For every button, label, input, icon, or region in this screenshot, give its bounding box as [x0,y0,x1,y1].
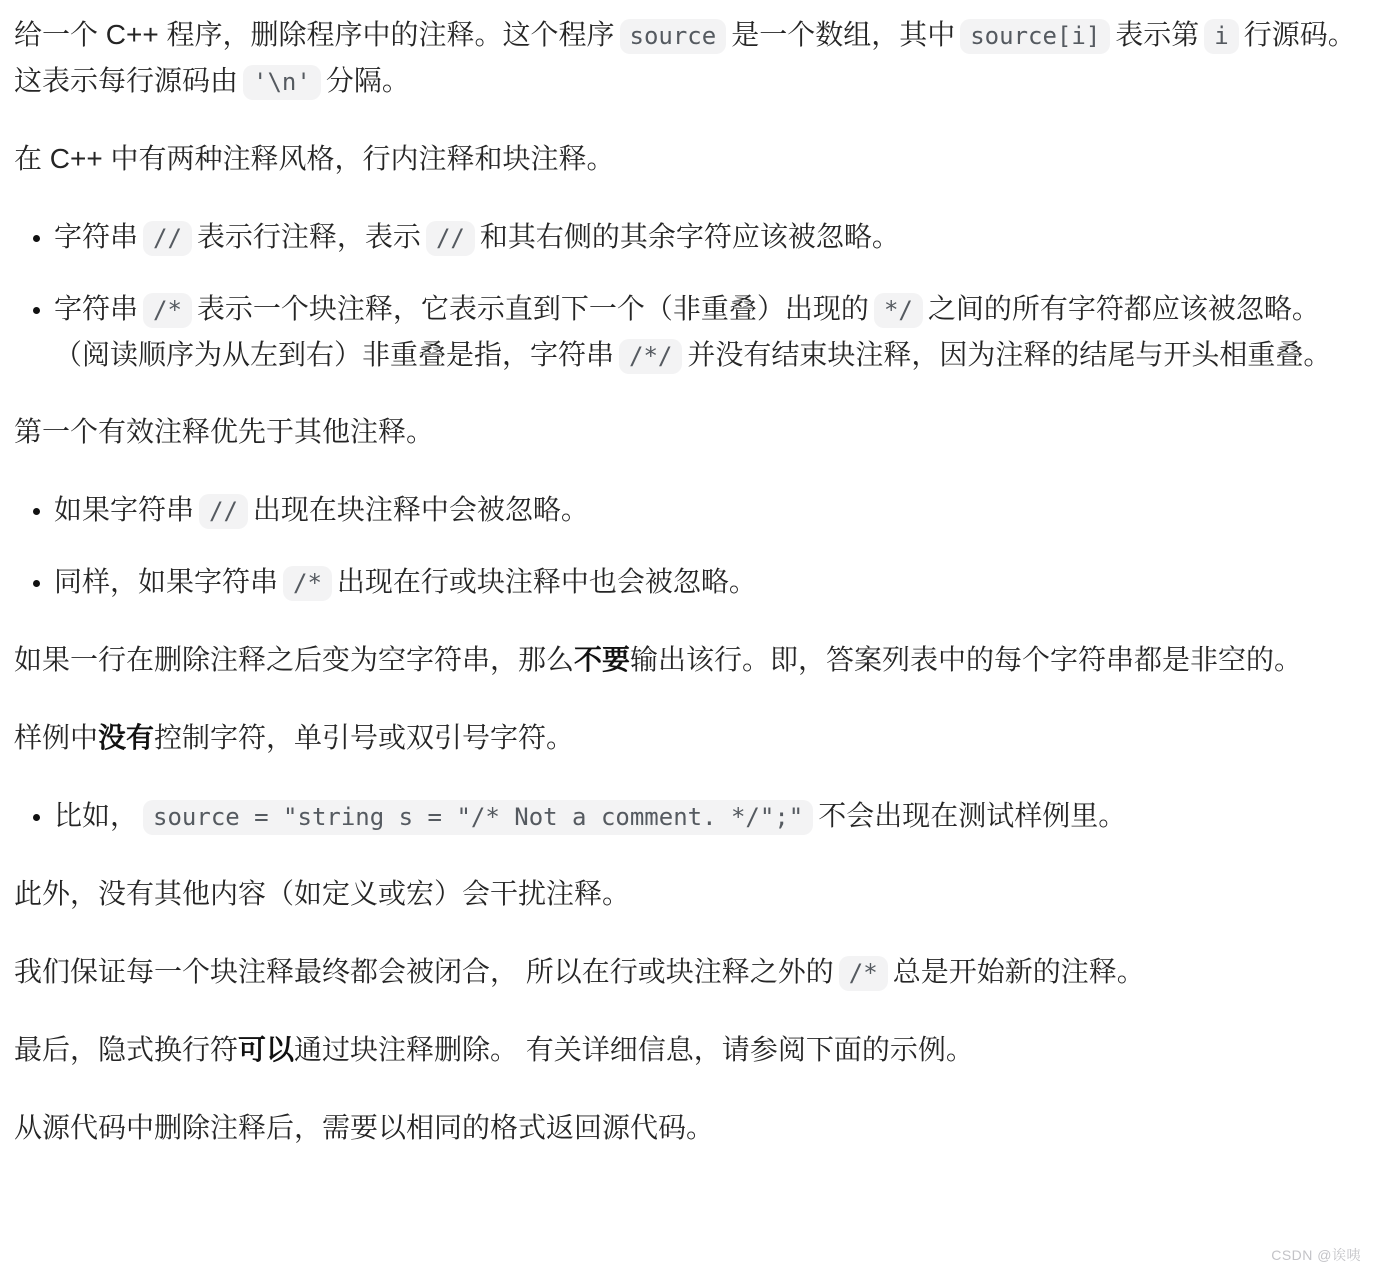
paragraph: 如果一行在删除注释之后变为空字符串，那么不要输出该行。即，答案列表中的每个字符串… [14,637,1359,683]
text-run: 在 C++ 中有两种注释风格，行内注释和块注释。 [14,143,615,174]
inline-code-chip: source[i] [960,19,1110,54]
text-run: 输出该行。即，答案列表中的每个字符串都是非空的。 [630,644,1302,675]
text-run: 同样，如果字符串 [54,566,278,597]
paragraph: 我们保证每一个块注释最终都会被闭合， 所以在行或块注释之外的/*总是开始新的注释… [14,949,1359,995]
inline-code-chip: source = "string s = "/* Not a comment. … [143,800,813,835]
text-run: 总是开始新的注释。 [893,956,1145,987]
bold-text: 可以 [238,1034,294,1065]
inline-code-chip: source [620,19,727,54]
problem-description: 给一个 C++ 程序，删除程序中的注释。这个程序source是一个数组，其中so… [0,0,1375,1151]
text-run: 出现在块注释中会被忽略。 [253,494,589,525]
list-item: 如果字符串//出现在块注释中会被忽略。 [54,487,1359,533]
inline-code-chip: /* [283,566,332,601]
paragraph: 从源代码中删除注释后，需要以相同的格式返回源代码。 [14,1105,1359,1151]
text-run: 表示第 [1115,19,1199,50]
text-run: 出现在行或块注释中也会被忽略。 [337,566,757,597]
text-run: 给一个 C++ 程序，删除程序中的注释。这个程序 [14,19,615,50]
text-run: 比如， [54,800,138,831]
paragraph: 在 C++ 中有两种注释风格，行内注释和块注释。 [14,136,1359,182]
inline-code-chip: // [199,494,248,529]
text-run: 控制字符，单引号或双引号字符。 [154,722,574,753]
text-run: 最后，隐式换行符 [14,1034,238,1065]
text-run: 如果一行在删除注释之后变为空字符串，那么 [14,644,574,675]
bullet-list: 如果字符串//出现在块注释中会被忽略。同样，如果字符串/*出现在行或块注释中也会… [14,487,1359,605]
inline-code-chip: i [1204,19,1238,54]
paragraph: 第一个有效注释优先于其他注释。 [14,409,1359,455]
text-run: 和其右侧的其余字符应该被忽略。 [480,221,900,252]
csdn-watermark: CSDN @诶咦 [1271,1244,1361,1267]
list-item: 字符串/*表示一个块注释，它表示直到下一个（非重叠）出现的*/之间的所有字符都应… [54,286,1359,378]
list-item: 比如，source = "string s = "/* Not a commen… [54,793,1359,839]
list-item: 字符串//表示行注释，表示//和其右侧的其余字符应该被忽略。 [54,214,1359,260]
bold-text: 没有 [98,722,154,753]
inline-code-chip: // [143,221,192,256]
paragraph: 给一个 C++ 程序，删除程序中的注释。这个程序source是一个数组，其中so… [14,12,1359,104]
text-run: 如果字符串 [54,494,194,525]
text-run: 我们保证每一个块注释最终都会被闭合， 所以在行或块注释之外的 [14,956,834,987]
inline-code-chip: */ [874,293,923,328]
text-run: 字符串 [54,221,138,252]
list-item: 同样，如果字符串/*出现在行或块注释中也会被忽略。 [54,559,1359,605]
text-run: 从源代码中删除注释后，需要以相同的格式返回源代码。 [14,1112,714,1143]
inline-code-chip: /* [839,956,888,991]
text-run: 表示一个块注释，它表示直到下一个（非重叠）出现的 [197,293,869,324]
text-run: 表示行注释，表示 [197,221,421,252]
text-run: 是一个数组，其中 [731,19,955,50]
text-run: 不会出现在测试样例里。 [818,800,1126,831]
text-run: 样例中 [14,722,98,753]
text-run: 此外，没有其他内容（如定义或宏）会干扰注释。 [14,878,630,909]
text-run: 第一个有效注释优先于其他注释。 [14,416,434,447]
text-run: 通过块注释删除。 有关详细信息，请参阅下面的示例。 [294,1034,974,1065]
inline-code-chip: // [426,221,475,256]
paragraph: 样例中没有控制字符，单引号或双引号字符。 [14,715,1359,761]
bullet-list: 比如，source = "string s = "/* Not a commen… [14,793,1359,839]
bold-text: 不要 [574,644,630,675]
inline-code-chip: '\n' [243,65,321,100]
inline-code-chip: /* [143,293,192,328]
text-run: 字符串 [54,293,138,324]
inline-code-chip: /*/ [619,339,682,374]
paragraph: 此外，没有其他内容（如定义或宏）会干扰注释。 [14,871,1359,917]
paragraph: 最后，隐式换行符可以通过块注释删除。 有关详细信息，请参阅下面的示例。 [14,1027,1359,1073]
bullet-list: 字符串//表示行注释，表示//和其右侧的其余字符应该被忽略。字符串/*表示一个块… [14,214,1359,378]
text-run: 分隔。 [326,65,410,96]
text-run: 并没有结束块注释，因为注释的结尾与开头相重叠。 [687,339,1331,370]
